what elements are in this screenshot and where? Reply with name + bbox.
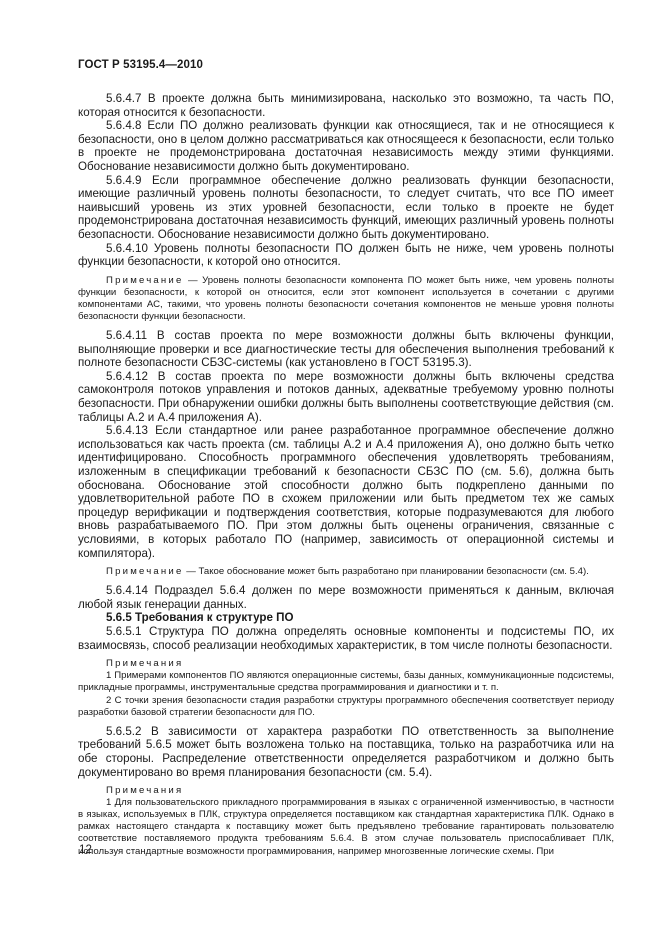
document-header: ГОСТ Р 53195.4—2010 <box>78 59 203 71</box>
notes-block-5-6-5-1: Примечания 1 Примерами компонентов ПО яв… <box>78 658 614 718</box>
clause-5-6-4-13: 5.6.4.13 Если стандартное или ранее разр… <box>78 424 614 560</box>
notes-title: Примечания <box>78 785 614 797</box>
note-clause-5-6-4-10: Примечание — Уровень полноты безопасност… <box>78 275 614 323</box>
note-text: — Такое обоснование может быть разработа… <box>184 566 589 577</box>
note-item-1: 1 Примерами компонентов ПО являются опер… <box>78 670 614 694</box>
clause-5-6-4-7: 5.6.4.7 В проекте должна быть минимизиро… <box>78 92 614 119</box>
clause-5-6-4-9: 5.6.4.9 Если программное обеспечение дол… <box>78 174 614 242</box>
section-heading-5-6-5: 5.6.5 Требования к структуре ПО <box>78 611 614 625</box>
clause-5-6-4-11: 5.6.4.11 В состав проекта по мере возмож… <box>78 329 614 370</box>
clause-5-6-4-14: 5.6.4.14 Подраздел 5.6.4 должен по мере … <box>78 584 614 611</box>
clause-5-6-4-12: 5.6.4.12 В состав проекта по мере возмож… <box>78 370 614 424</box>
note-item-1: 1 Для пользовательского прикладного прог… <box>78 797 614 857</box>
notes-block-5-6-5-2: Примечания 1 Для пользовательского прикл… <box>78 785 614 858</box>
clause-5-6-4-10: 5.6.4.10 Уровень полноты безопасности ПО… <box>78 242 614 269</box>
clause-5-6-5-2: 5.6.5.2 В зависимости от характера разра… <box>78 725 614 779</box>
note-clause-5-6-4-13: Примечание — Такое обоснование может быт… <box>78 566 614 578</box>
page-number: 12 <box>79 843 92 856</box>
note-item-2: 2 С точки зрения безопасности стадия раз… <box>78 695 614 719</box>
clause-5-6-5-1: 5.6.5.1 Структура ПО должна определять о… <box>78 625 614 652</box>
notes-title: Примечания <box>78 658 614 670</box>
clause-5-6-4-8: 5.6.4.8 Если ПО должно реализовать функц… <box>78 119 614 173</box>
note-label: Примечание <box>106 566 184 577</box>
note-label: Примечание <box>106 275 184 286</box>
document-body: 5.6.4.7 В проекте должна быть минимизиро… <box>78 92 614 858</box>
